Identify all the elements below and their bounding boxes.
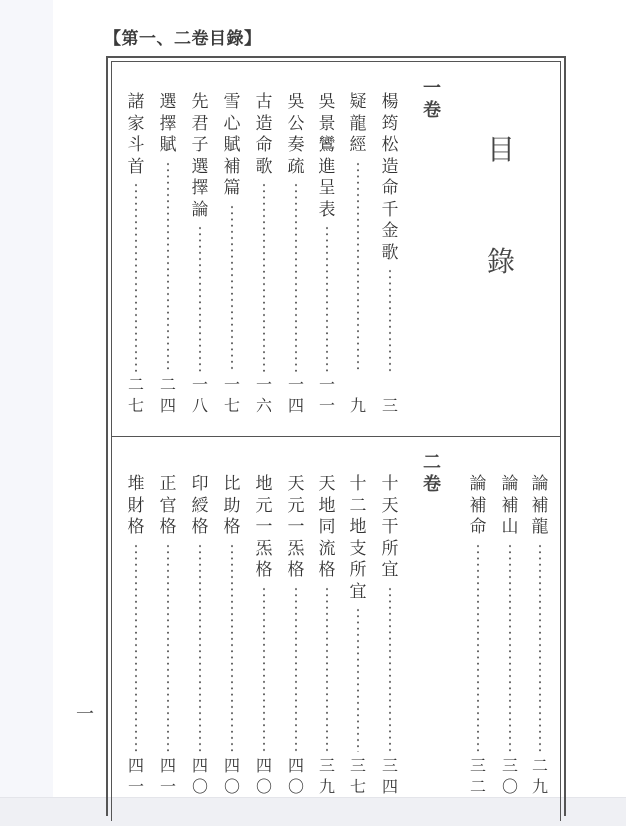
toc-entry-page: 九 <box>348 395 368 416</box>
toc-entry-title: 吳公奏疏 <box>286 92 306 178</box>
toc-entry-page: 二四 <box>158 374 178 416</box>
leader-dots <box>317 225 337 372</box>
leader-dots <box>190 543 210 753</box>
leader-dots <box>254 182 274 372</box>
title-char: 賦 <box>160 135 177 157</box>
toc-entry-page: 四一 <box>126 755 146 797</box>
title-char: 命 <box>382 178 399 200</box>
title-char: 選 <box>160 92 177 114</box>
leader-dots <box>500 543 520 753</box>
leader-dots <box>380 586 400 753</box>
page-digit: 四 <box>256 755 272 776</box>
title-char: 十 <box>382 474 399 496</box>
toc-entry-title: 十天干所宜 <box>380 474 400 582</box>
toc-entry-page: 一四 <box>286 374 306 416</box>
page-digit: 一 <box>256 374 272 395</box>
toc-entry-title: 十二地支所宜 <box>348 474 368 603</box>
toc-title-char-1: 目 <box>484 128 518 168</box>
title-char: 首 <box>128 157 145 179</box>
title-char: 斗 <box>128 135 145 157</box>
title-char: 地 <box>319 496 336 518</box>
page-digit: 九 <box>532 776 548 797</box>
title-char: 擇 <box>192 178 209 200</box>
title-char: 疑 <box>350 92 367 114</box>
title-char: 擇 <box>160 114 177 136</box>
leader-dots <box>222 543 242 753</box>
title-char: 干 <box>382 517 399 539</box>
leader-dots <box>468 543 488 753</box>
title-char: 論 <box>192 200 209 222</box>
title-char: 天 <box>382 496 399 518</box>
page-digit: 七 <box>224 395 240 416</box>
title-char: 千 <box>382 200 399 222</box>
leader-dots <box>126 543 146 753</box>
title-char: 鸞 <box>319 135 336 157</box>
toc-entry-page: 四〇 <box>190 755 210 797</box>
page-digit: 一 <box>160 776 176 797</box>
volume-1-label: 一 卷 <box>421 78 443 122</box>
page-digit: 六 <box>256 395 272 416</box>
volume-2-label-num: 二 <box>423 452 441 474</box>
toc-entry-page: 四〇 <box>286 755 306 797</box>
title-char: 支 <box>350 539 367 561</box>
toc-entry-title: 論補龍 <box>530 474 550 539</box>
toc-entry-title: 正官格 <box>158 474 178 539</box>
title-char: 天 <box>288 474 305 496</box>
title-char: 家 <box>128 114 145 136</box>
page-digit: 四 <box>160 395 176 416</box>
page-digit: 四 <box>288 755 304 776</box>
title-char: 賦 <box>224 135 241 157</box>
page-digit: 二 <box>532 755 548 776</box>
page-digit: 三 <box>382 395 398 416</box>
title-char: 比 <box>224 474 241 496</box>
title-char: 疏 <box>288 157 305 179</box>
page-digit: 九 <box>350 395 366 416</box>
title-char: 格 <box>319 560 336 582</box>
page-digit: 一 <box>319 374 335 395</box>
section-heading: 【第一、二卷目錄】 <box>104 24 262 49</box>
title-char: 吳 <box>319 92 336 114</box>
title-char: 經 <box>350 135 367 157</box>
title-char: 歌 <box>256 157 273 179</box>
title-char: 奏 <box>288 135 305 157</box>
page-digit: 三 <box>350 755 366 776</box>
title-char: 篇 <box>224 178 241 200</box>
page-digit: 一 <box>319 395 335 416</box>
title-char: 先 <box>192 92 209 114</box>
toc-title-char-2: 錄 <box>484 240 518 280</box>
toc-entry-page: 一八 <box>190 374 210 416</box>
title-char: 公 <box>288 114 305 136</box>
title-char: 補 <box>502 496 519 518</box>
page-number: 一 <box>76 700 94 726</box>
page-digit: 三 <box>319 755 335 776</box>
volume-2-label: 二 卷 <box>421 452 443 496</box>
title-char: 表 <box>319 200 336 222</box>
title-char: 正 <box>160 474 177 496</box>
title-char: 宜 <box>350 582 367 604</box>
title-char: 所 <box>382 539 399 561</box>
toc-entry-title: 諸家斗首 <box>126 92 146 178</box>
title-char: 古 <box>256 92 273 114</box>
title-char: 心 <box>224 114 241 136</box>
volume-divider <box>111 436 561 437</box>
toc-entry-page: 四〇 <box>222 755 242 797</box>
title-char: 炁 <box>256 539 273 561</box>
toc-entry-page: 三〇 <box>500 755 520 797</box>
page-digit: 一 <box>192 374 208 395</box>
toc-entry-page: 二九 <box>530 755 550 797</box>
title-char: 論 <box>470 474 487 496</box>
title-char: 進 <box>319 157 336 179</box>
title-char: 論 <box>502 474 519 496</box>
page-digit: 九 <box>319 776 335 797</box>
leader-dots <box>190 225 210 372</box>
toc-entry-page: 四一 <box>158 755 178 797</box>
leader-dots <box>254 586 274 753</box>
page-digit: 四 <box>224 755 240 776</box>
toc-entry-title: 吳景鸞進呈表 <box>317 92 337 221</box>
page-digit: 八 <box>192 395 208 416</box>
title-char: 補 <box>532 496 549 518</box>
toc-entry-page: 三二 <box>468 755 488 797</box>
volume-1-label-num: 一 <box>423 78 441 100</box>
title-char: 格 <box>160 517 177 539</box>
title-char: 選 <box>192 157 209 179</box>
toc-entry-title: 古造命歌 <box>254 92 274 178</box>
title-char: 呈 <box>319 178 336 200</box>
toc-entry-title: 比助格 <box>222 474 242 539</box>
leader-dots <box>158 543 178 753</box>
title-char: 金 <box>382 221 399 243</box>
toc-entry-page: 一七 <box>222 374 242 416</box>
toc-entry-page: 三 <box>380 395 400 416</box>
title-char: 命 <box>470 517 487 539</box>
leader-dots <box>126 182 146 372</box>
title-char: 財 <box>128 496 145 518</box>
page-digit: 四 <box>288 395 304 416</box>
page-digit: 四 <box>382 776 398 797</box>
volume-2-label-text: 卷 <box>423 474 441 496</box>
page-digit: 一 <box>224 374 240 395</box>
title-char: 龍 <box>350 114 367 136</box>
page-digit: 四 <box>160 755 176 776</box>
title-char: 十 <box>350 474 367 496</box>
title-char: 同 <box>319 517 336 539</box>
title-char: 綬 <box>192 496 209 518</box>
title-char: 官 <box>160 496 177 518</box>
toc-entry-title: 論補山 <box>500 474 520 539</box>
toc-entry-page: 三九 <box>317 755 337 797</box>
title-char: 元 <box>256 496 273 518</box>
title-char: 助 <box>224 496 241 518</box>
toc-entry-title: 天元一炁格 <box>286 474 306 582</box>
title-char: 所 <box>350 560 367 582</box>
title-char: 一 <box>288 517 305 539</box>
toc-entry-title: 堆財格 <box>126 474 146 539</box>
toc-entry-page: 二七 <box>126 374 146 416</box>
title-char: 天 <box>319 474 336 496</box>
title-char: 歌 <box>382 243 399 265</box>
title-char: 格 <box>256 560 273 582</box>
title-char: 堆 <box>128 474 145 496</box>
title-char: 景 <box>319 114 336 136</box>
title-char: 山 <box>502 517 519 539</box>
volume-1-label-text: 卷 <box>423 100 441 122</box>
title-char: 君 <box>192 114 209 136</box>
leader-dots <box>286 182 306 372</box>
toc-entry-page: 三七 <box>348 755 368 797</box>
title-char: 地 <box>350 517 367 539</box>
toc-entry-page: 一六 <box>254 374 274 416</box>
page-digit: 三 <box>382 755 398 776</box>
page-digit: 四 <box>128 755 144 776</box>
page-digit: 三 <box>502 755 518 776</box>
toc-entry-title: 論補命 <box>468 474 488 539</box>
toc-entry-page: 四〇 <box>254 755 274 797</box>
title-char: 格 <box>192 517 209 539</box>
leader-dots <box>317 586 337 753</box>
leader-dots <box>348 607 368 752</box>
page-digit: 二 <box>160 374 176 395</box>
title-char: 炁 <box>288 539 305 561</box>
toc-entry-title: 天地同流格 <box>317 474 337 582</box>
title-char: 諸 <box>128 92 145 114</box>
leader-dots <box>380 268 400 372</box>
title-char: 子 <box>192 135 209 157</box>
leader-dots <box>286 586 306 753</box>
title-char: 論 <box>532 474 549 496</box>
title-char: 筠 <box>382 114 399 136</box>
toc-entry-page: 三四 <box>380 755 400 797</box>
toc-entry-title: 楊筠松造命千金歌 <box>380 92 400 264</box>
title-char: 宜 <box>382 560 399 582</box>
title-char: 流 <box>319 539 336 561</box>
toc-entry-title: 選擇賦 <box>158 92 178 157</box>
page-digit: 七 <box>128 395 144 416</box>
leader-dots <box>530 543 550 753</box>
title-char: 元 <box>288 496 305 518</box>
title-char: 地 <box>256 474 273 496</box>
leader-dots <box>348 161 368 373</box>
toc-entry-title: 地元一炁格 <box>254 474 274 582</box>
toc-entry-page: 一一 <box>317 374 337 416</box>
toc-entry-title: 印綬格 <box>190 474 210 539</box>
page-digit: 三 <box>470 755 486 776</box>
page-digit: 〇 <box>502 776 518 797</box>
page-digit: 二 <box>470 776 486 797</box>
title-char: 松 <box>382 135 399 157</box>
toc-entry-title: 雪心賦補篇 <box>222 92 242 200</box>
title-char: 龍 <box>532 517 549 539</box>
title-char: 格 <box>224 517 241 539</box>
title-char: 造 <box>256 114 273 136</box>
page-digit: 〇 <box>256 776 272 797</box>
title-char: 格 <box>288 560 305 582</box>
title-char: 印 <box>192 474 209 496</box>
title-char: 補 <box>224 157 241 179</box>
page-digit: 〇 <box>288 776 304 797</box>
toc-entry-title: 疑龍經 <box>348 92 368 157</box>
title-char: 造 <box>382 157 399 179</box>
page-digit: 〇 <box>192 776 208 797</box>
page-digit: 一 <box>128 776 144 797</box>
toc-entry-title: 先君子選擇論 <box>190 92 210 221</box>
leader-dots <box>158 161 178 373</box>
page-digit: 七 <box>350 776 366 797</box>
title-char: 楊 <box>382 92 399 114</box>
page-digit: 一 <box>288 374 304 395</box>
title-char: 二 <box>350 496 367 518</box>
title-char: 雪 <box>224 92 241 114</box>
title-char: 吳 <box>288 92 305 114</box>
page-digit: 〇 <box>224 776 240 797</box>
page-digit: 二 <box>128 374 144 395</box>
leader-dots <box>222 204 242 373</box>
title-char: 命 <box>256 135 273 157</box>
page-digit: 四 <box>192 755 208 776</box>
title-char: 一 <box>256 517 273 539</box>
title-char: 格 <box>128 517 145 539</box>
title-char: 補 <box>470 496 487 518</box>
